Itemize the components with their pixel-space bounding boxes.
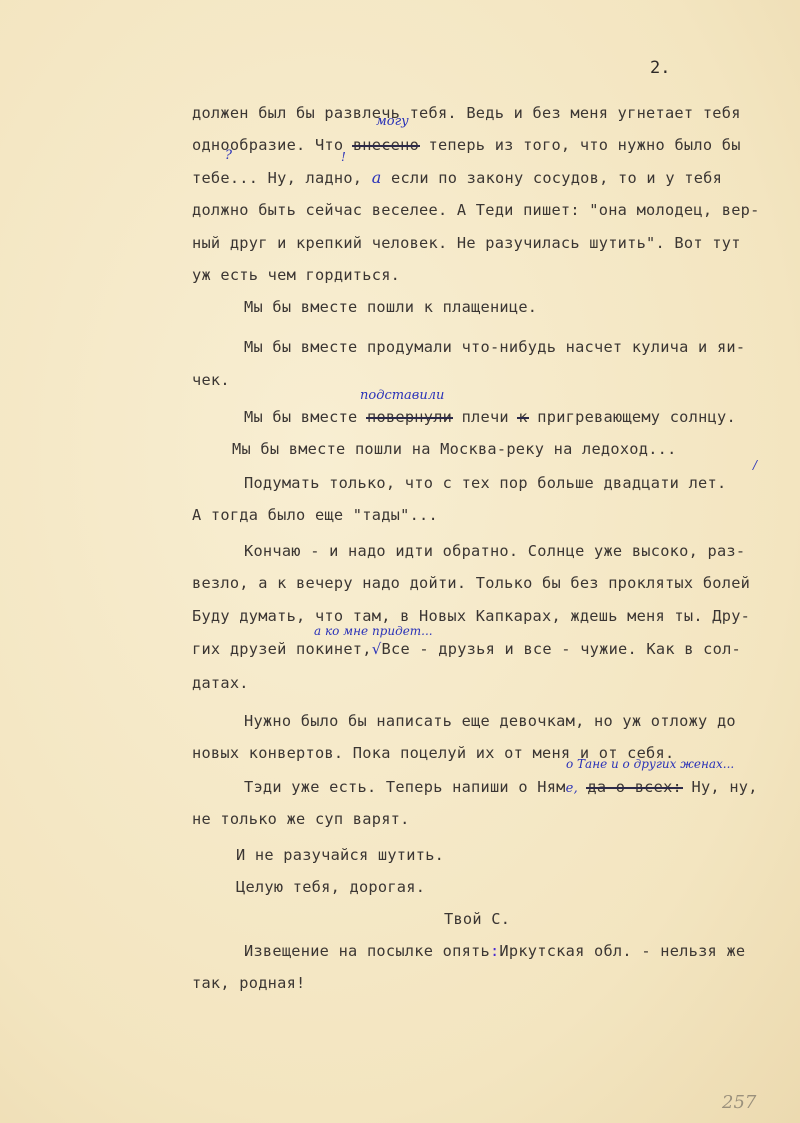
text-line: Нужно было бы написать еще девочкам, но … — [244, 712, 736, 730]
handwritten-mark: / — [753, 458, 757, 472]
text-line: уж есть чем гордиться. — [192, 266, 400, 284]
text-line: тебе... Ну, ладно, а если по закону сосу… — [192, 168, 722, 187]
handwritten-letter: а — [372, 168, 382, 187]
handwritten-insert-mark: √ — [372, 640, 382, 658]
text-line: Буду думать, что там, в Новых Капкарах, … — [192, 607, 750, 625]
text-line: Мы бы вместе пошли к плащенице. — [244, 298, 537, 316]
text-segment: Ну, ну, — [682, 778, 758, 796]
text-segment: пригревающему солнцу. — [528, 408, 736, 426]
struck-word: внесено — [353, 136, 419, 154]
text-line: Мы бы вместе повернули плечи к пригреваю… — [244, 408, 736, 426]
text-line: везло, а к вечеру надо дойти. Только бы … — [192, 574, 750, 592]
page-number: 2. — [650, 58, 670, 78]
struck-word: повернули — [367, 408, 452, 426]
text-line: Подумать только, что с тех пор больше дв… — [244, 474, 726, 492]
text-line: должно быть сейчас веселее. А Теди пишет… — [192, 201, 760, 219]
document-page: 2. должен был бы развлечь тебя. Ведь и б… — [0, 0, 800, 1123]
text-line: датах. — [192, 674, 249, 692]
handwritten-ending: е, — [566, 781, 578, 796]
text-line: Целую тебя, дорогая. — [236, 878, 425, 896]
text-line: Кончаю - и надо идти обратно. Солнце уже… — [244, 542, 745, 560]
handwritten-correction: подставили — [360, 388, 444, 403]
text-segment: Иркутская обл. - нельзя же — [499, 942, 745, 960]
text-line: Извещение на посылке опять:Иркутская обл… — [244, 942, 745, 960]
text-line: однообразие. Что внесено теперь из того,… — [192, 136, 741, 154]
handwritten-insertion: о Тане и о других женах... — [566, 757, 734, 771]
text-line: Мы бы вместе пошли на Москва-реку на лед… — [232, 440, 677, 458]
text-line: должен был бы развлечь тебя. Ведь и без … — [192, 104, 741, 122]
archive-page-number: 257 — [722, 1092, 756, 1113]
text-segment: тебе... Ну, ладно, — [192, 169, 372, 187]
handwritten-insertion: а ко мне придет... — [314, 624, 433, 638]
text-line: А тогда было еще "тады"... — [192, 506, 438, 524]
text-segment: Мы бы вместе — [244, 408, 367, 426]
text-line: не только же суп варят. — [192, 810, 410, 828]
signature: Твой С. — [444, 910, 510, 928]
handwritten-colon: : — [490, 942, 499, 960]
text-line: чек. — [192, 371, 230, 389]
text-line: Тэди уже есть. Теперь напиши о Няме, да … — [244, 778, 758, 796]
text-line: так, родная! — [192, 974, 306, 992]
handwritten-tick: ! — [341, 150, 346, 164]
text-segment: Все - друзья и все - чужие. Как в сол- — [382, 640, 741, 658]
text-segment: Тэди уже есть. Теперь напиши о Ням — [244, 778, 566, 796]
text-segment: плечи — [452, 408, 518, 426]
text-segment: гих друзей покинет, — [192, 640, 372, 658]
text-line: Мы бы вместе продумали что-нибудь насчет… — [244, 338, 745, 356]
text-segment: теперь из того, что нужно было бы — [419, 136, 741, 154]
text-line: И не разучайся шутить. — [236, 846, 444, 864]
handwritten-question-mark: ? — [225, 148, 232, 163]
struck-phrase: да о всех: — [587, 778, 682, 796]
text-line: ный друг и крепкий человек. Не разучилас… — [192, 234, 741, 252]
handwritten-correction: могу — [376, 114, 409, 129]
struck-word: к — [518, 408, 527, 426]
text-line: гих друзей покинет,√Все - друзья и все -… — [192, 640, 741, 658]
text-segment: Извещение на посылке опять — [244, 942, 490, 960]
text-segment: если по закону сосудов, то и у тебя — [382, 169, 723, 187]
text-segment: однообразие. Что — [192, 136, 353, 154]
